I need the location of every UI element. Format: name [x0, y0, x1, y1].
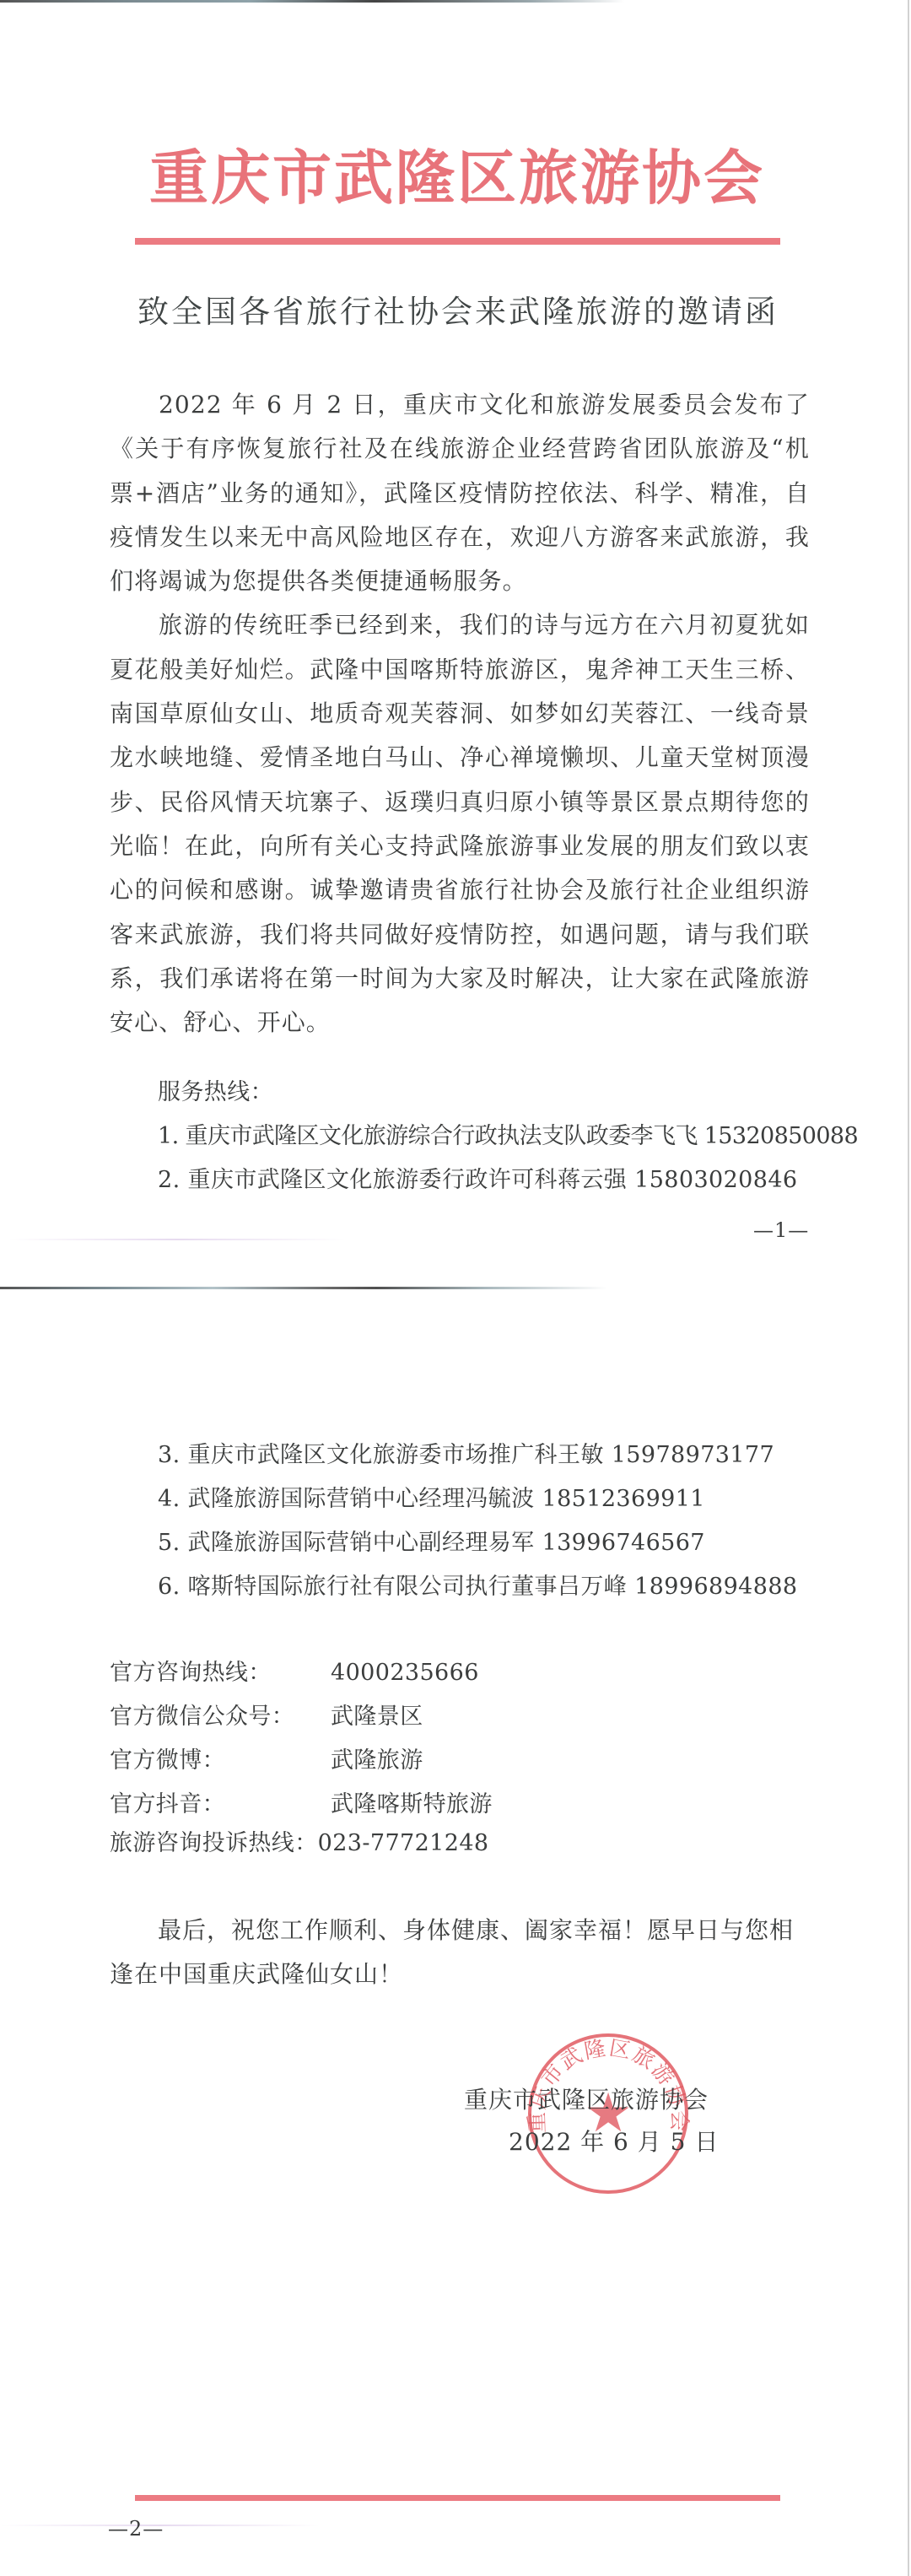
letterhead-red-rule [135, 238, 780, 245]
closing-line-1: 最后，祝您工作顺利、身体健康、阖家幸福！愿早日与您相 [158, 1916, 794, 1945]
hotline-item-6: 6. 喀斯特国际旅行社有限公司执行董事吕万峰 18996894888 [158, 1573, 798, 1601]
hotline-item-2: 2. 重庆市武隆区文化旅游委行政许可科蒋云强 15803020846 [158, 1166, 798, 1195]
page-number-2: —2— [108, 2516, 164, 2541]
channel-label-weibo: 官方微博： [110, 1747, 225, 1775]
footer-red-rule [135, 2495, 780, 2501]
hotline-heading: 服务热线： [158, 1078, 273, 1107]
channel-value-hotline: 4000235666 [331, 1659, 479, 1688]
paragraph-2: 旅游的传统旺季已经到来，我们的诗与远方在六月初夏犹如夏花般美好灿烂。武隆中国喀斯… [110, 603, 810, 1045]
scan-faint-line [8, 1239, 346, 1240]
channel-value-weibo: 武隆旅游 [331, 1747, 423, 1775]
letterhead-org-name: 重庆市武隆区旅游协会 [127, 142, 788, 214]
channel-value-wechat: 武隆景区 [331, 1703, 423, 1731]
scan-edge-top [0, 0, 624, 3]
channel-label-complaint: 旅游咨询投诉热线： [110, 1830, 318, 1856]
channel-label-hotline: 官方咨询热线： [110, 1659, 272, 1688]
channel-value-complaint: 023-77721248 [318, 1830, 489, 1856]
channel-label-wechat: 官方微信公众号： [110, 1703, 294, 1731]
scan-edge-right [908, 0, 909, 2576]
page-break [0, 1287, 607, 1289]
page-number-1: —1— [753, 1218, 809, 1243]
signature-org: 重庆市武隆区旅游协会 [464, 2086, 709, 2114]
paragraph-1: 2022 年 6 月 2 日，重庆市文化和旅游发展委员会发布了《关于有序恢复旅行… [110, 383, 810, 603]
channel-value-douyin: 武隆喀斯特旅游 [331, 1790, 493, 1819]
complaint-hotline: 旅游咨询投诉热线：023-77721248 [110, 1829, 489, 1858]
hotline-item-3: 3. 重庆市武隆区文化旅游委市场推广科王敏 15978973177 [158, 1441, 774, 1470]
hotline-item-1: 1. 重庆市武隆区文化旅游综合行政执法支队政委李飞飞 15320850088 [158, 1122, 858, 1151]
signature-date: 2022 年 6 月 5 日 [509, 2128, 719, 2157]
hotline-item-5: 5. 武隆旅游国际营销中心副经理易军 13996746567 [158, 1529, 705, 1558]
channel-label-douyin: 官方抖音： [110, 1790, 225, 1819]
document-title: 致全国各省旅行社协会来武隆旅游的邀请函 [133, 292, 783, 332]
hotline-item-4: 4. 武隆旅游国际营销中心经理冯毓波 18512369911 [158, 1485, 705, 1514]
closing-line-2: 逢在中国重庆武隆仙女山！ [110, 1960, 403, 1989]
body-paragraphs: 2022 年 6 月 2 日，重庆市文化和旅游发展委员会发布了《关于有序恢复旅行… [110, 383, 810, 1045]
